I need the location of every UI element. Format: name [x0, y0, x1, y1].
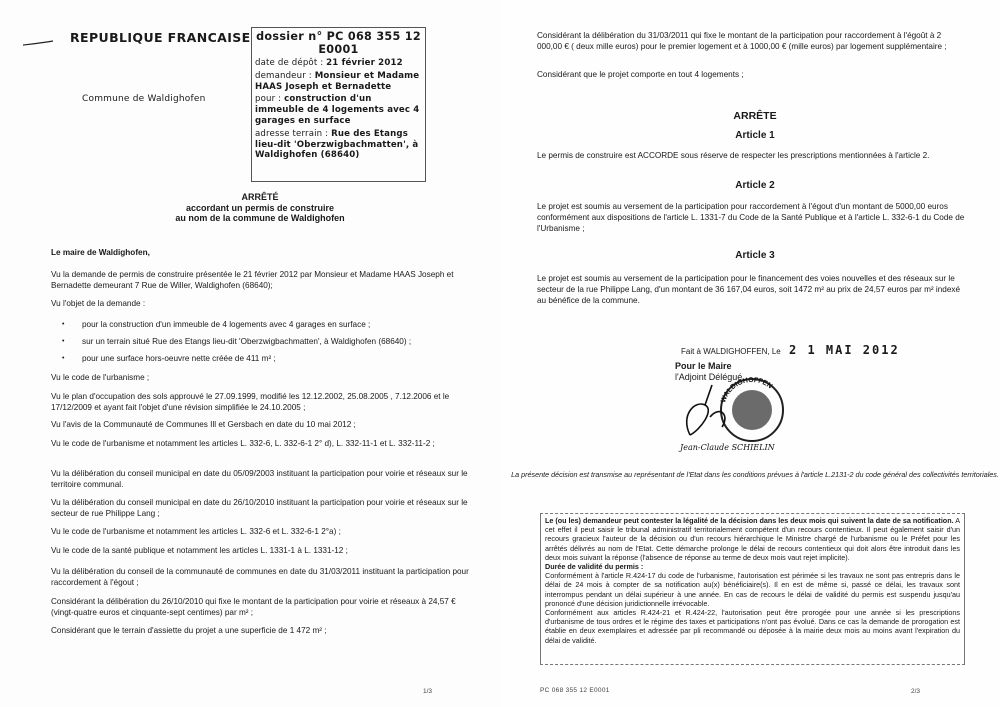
vu-item: Vu le code de l'urbanisme et notamment l… — [51, 526, 471, 537]
list-item: •pour une surface hors-oeuvre nette créé… — [62, 353, 482, 364]
article-3-text: Le projet est soumis au versement de la … — [537, 273, 967, 306]
dossier-row-adresse: adresse terrain : Rue des Etangs lieu-di… — [255, 129, 422, 161]
dossier-box: dossier n° PC 068 355 12 E0001 date de d… — [251, 27, 426, 182]
list-item: •pour la construction d'un immeuble de 4… — [62, 319, 482, 330]
maire-salutation: Le maire de Waldighofen, — [51, 248, 150, 257]
page-number: 1/3 — [423, 688, 432, 695]
dossier-row-pour: pour : construction d'un immeuble de 4 l… — [255, 94, 422, 126]
commune-name: Commune de Waldighofen — [82, 94, 206, 104]
considerant: Considérant la délibération du 31/03/201… — [537, 30, 967, 52]
footer-dossier-code: PC 068 355 12 E0001 — [540, 687, 610, 694]
recours-notice-box: Le (ou les) demandeur peut contester la … — [540, 513, 965, 665]
article-1-text: Le permis de construire est ACCORDE sous… — [537, 150, 967, 161]
page-number: 2/3 — [911, 688, 920, 695]
arrete-heading: ARRÊTÉ accordant un permis de construire… — [20, 192, 500, 224]
fait-a-label: Fait à WALDIGHOFFEN, Le — [681, 347, 781, 356]
transmission-note: La présente décision est transmise au re… — [510, 470, 1000, 480]
dossier-row-date: date de dépôt : 21 février 2012 — [255, 58, 422, 69]
vu-item: Vu la délibération du conseil municipal … — [51, 497, 471, 519]
considerant: Considérant que le projet comporte en to… — [537, 69, 967, 80]
page-1: REPUBLIQUE FRANCAISE Commune de Waldigho… — [0, 0, 500, 707]
svg-text:Jean-Claude SCHIELIN: Jean-Claude SCHIELIN — [678, 443, 776, 452]
dossier-number: dossier n° PC 068 355 12 E0001 — [255, 30, 422, 56]
article-3-title: Article 3 — [510, 250, 1000, 261]
vu-item: Vu la délibération du conseil de la comm… — [51, 566, 471, 588]
paragraph: Vu la demande de permis de construire pr… — [51, 269, 471, 291]
vu-item: Vu l'avis de la Communauté de Communes I… — [51, 419, 471, 430]
demand-bullets: •pour la construction d'un immeuble de 4… — [62, 319, 482, 370]
signature-and-seal-icon: WALDIGHOFFEN Jean-Claude SCHIELIN — [660, 375, 800, 455]
republic-heading: REPUBLIQUE FRANCAISE — [70, 30, 251, 45]
paragraph: Vu l'objet de la demande : — [51, 298, 471, 309]
arrete-title: ARRÊTE — [510, 110, 1000, 122]
vu-item: Vu le code de la santé publique et notam… — [51, 545, 471, 556]
vu-item: Vu le code de l'urbanisme ; — [51, 372, 471, 383]
pen-mark-icon — [22, 40, 54, 46]
article-1-title: Article 1 — [510, 130, 1000, 141]
vu-item: Considérant que le terrain d'assiette du… — [51, 625, 471, 636]
list-item: •sur un terrain situé Rue des Etangs lie… — [62, 336, 482, 347]
article-2-text: Le projet est soumis au versement de la … — [537, 201, 967, 234]
article-2-title: Article 2 — [510, 180, 1000, 191]
vu-item: Considérant la délibération du 26/10/201… — [51, 596, 471, 618]
date-stamp: 2 1 MAI 2012 — [789, 343, 900, 357]
vu-item: Vu le plan d'occupation des sols approuv… — [51, 391, 471, 413]
dossier-row-demandeur: demandeur : Monsieur et Madame HAAS Jose… — [255, 71, 422, 93]
vu-item: Vu le code de l'urbanisme et notamment l… — [51, 438, 471, 449]
vu-item: Vu la délibération du conseil municipal … — [51, 468, 471, 490]
